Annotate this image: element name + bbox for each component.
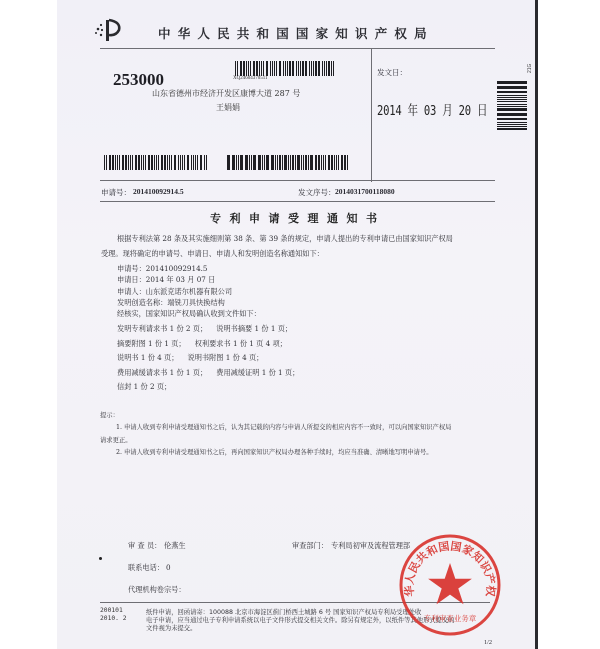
page-number: 1/2	[484, 639, 492, 646]
received-document-line: 费用减缓请求书 1 份 1 页； 费用减缓证明 1 份 1 页；	[117, 369, 299, 376]
tip-2: 2. 申请人收到专利申请受理通知书之后，再向国家知识产权局办理各种手续时，均应当…	[116, 447, 433, 456]
scan-speck	[99, 557, 102, 560]
serial-no-label: 发文序号：	[298, 187, 336, 198]
application-no-label: 申请号：	[101, 187, 131, 198]
application-field: 申请号：201410092914.5	[117, 265, 208, 272]
application-no: 201410092914.5	[133, 187, 184, 196]
footer-line-3: 文件视为未提交。	[146, 623, 196, 632]
organization-name: 中华人民共和国国家知识产权局	[158, 24, 434, 42]
received-document-line: 摘要附图 1 份 1 页； 权利要求书 1 份 1 页 4 项；	[117, 340, 287, 347]
address-box-divider	[371, 49, 372, 182]
form-code: 200101	[100, 607, 123, 614]
dispatch-date: 2014 年 03 月 20 日	[377, 99, 487, 119]
received-document-line: 发明专利请求书 1 份 2 页； 说明书摘要 1 份 1 页；	[117, 325, 292, 332]
address-box-bottom	[100, 180, 495, 181]
reference-divider	[100, 201, 495, 202]
phone-value: 0	[166, 564, 171, 571]
form-version: 2010. 2	[100, 615, 127, 622]
dispatch-date-label: 发文日：	[377, 67, 407, 78]
barcode-left	[104, 155, 208, 170]
cnipa-logo-icon	[92, 17, 122, 43]
recipient-address: 山东省德州市经济开发区康博大道 287 号	[152, 88, 300, 99]
received-document-line: 信封 1 份 2 页；	[117, 383, 171, 390]
mail-barcode	[235, 61, 335, 76]
side-barcode	[497, 81, 527, 131]
intro-line-1: 根据专利法第 28 条及其实施细则第 38 条、第 39 条的规定，申请人提出的…	[117, 235, 453, 242]
application-field: 申请日：2014 年 03 月 07 日	[117, 276, 215, 283]
svg-text:专利审查业务章: 专利审查业务章	[424, 613, 477, 623]
star-icon	[428, 563, 472, 604]
field-value: 端铣刀具快换结构	[167, 298, 225, 307]
application-field: 申请人：山东派克诺尔机器有限公司	[117, 288, 232, 295]
phone-label: 联系电话：	[128, 564, 164, 571]
examiner-label: 审 查 员：	[128, 542, 161, 549]
field-label: 申请号：	[117, 264, 146, 273]
field-value: 山东派克诺尔机器有限公司	[146, 287, 232, 296]
field-value: 2014 年 03 月 07 日	[146, 275, 216, 284]
intro-line-2: 受理。现将确定的申请号、申请日、申请人和发明创造名称通知如下：	[101, 250, 324, 257]
official-seal-stamp: 中华人民共和国国家知识产权局 专利审查业务章	[398, 533, 502, 637]
barcode-number: XQ24604370511	[233, 76, 268, 81]
examiner-name: 伦燕生	[164, 542, 186, 549]
header-divider	[100, 48, 495, 49]
received-document-line: 说明书 1 份 4 页； 说明书附图 1 份 4 页；	[117, 354, 263, 361]
tip-1-line-2: 请求更正。	[100, 435, 131, 444]
tip-1-line-1: 1. 申请人收到专利申请受理通知书之后，认为其记载的内容与申请人所提交的相应内容…	[116, 422, 451, 431]
agency-ref-label: 代理机构卷宗号：	[128, 586, 186, 593]
department-label: 审查部门：	[292, 542, 328, 549]
received-heading: 经核实，国家知识产权局确认收到文件如下：	[117, 310, 261, 317]
postcode: 253000	[113, 70, 164, 90]
serial-no: 2014031700118080	[335, 187, 395, 196]
field-label: 申请人：	[117, 287, 146, 296]
side-code: 21G	[527, 64, 533, 73]
tips-heading: 提示：	[100, 410, 119, 419]
notice-title: 专利申请受理通知书	[210, 210, 386, 226]
field-label: 发明创造名称：	[117, 298, 167, 307]
barcode-right	[227, 155, 349, 170]
application-field: 发明创造名称：端铣刀具快换结构	[117, 299, 225, 306]
field-value: 201410092914.5	[146, 264, 208, 273]
field-label: 申请日：	[117, 275, 146, 284]
recipient-name: 王娟娟	[216, 102, 240, 113]
